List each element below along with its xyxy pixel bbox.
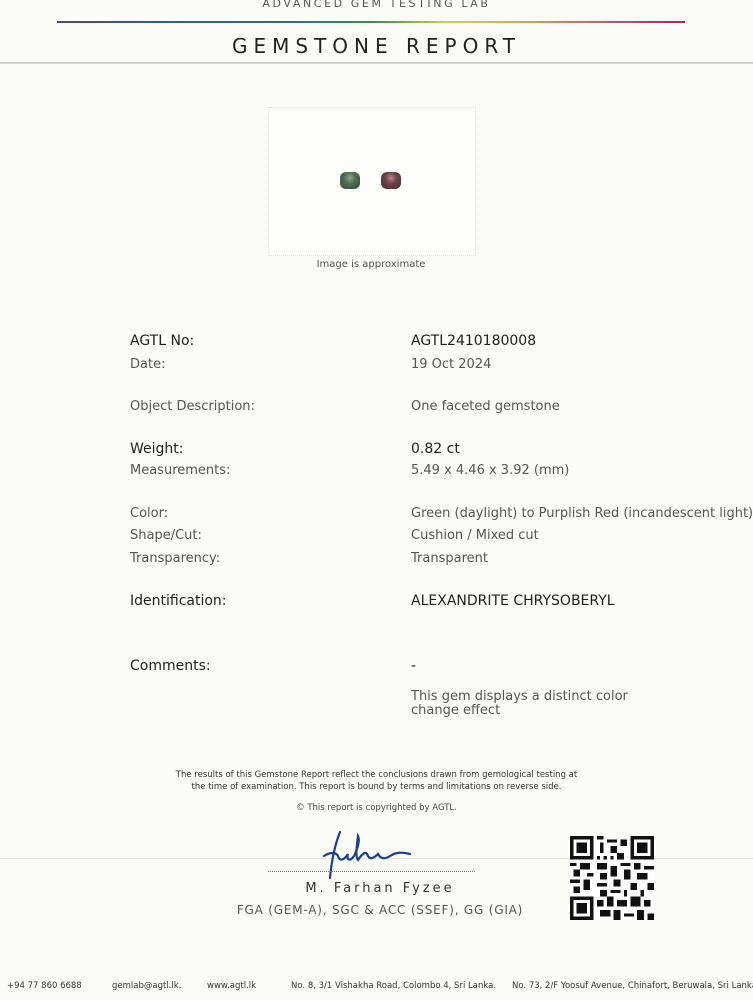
field-value: Green (daylight) to Purplish Red (incand… (411, 506, 753, 521)
field-value: Cushion / Mixed cut (411, 528, 539, 543)
footer-address-beruwala: No. 73, 2/F Yoosuf Avenue, Chinafort, Be… (512, 981, 753, 991)
field-value: One faceted gemstone (411, 399, 560, 414)
title-divider (0, 62, 753, 64)
field-label: Object Description: (130, 399, 255, 414)
field-value: 5.49 x 4.46 x 3.92 (mm) (411, 463, 569, 478)
lab-name: ADVANCED GEM TESTING LAB (0, 0, 753, 10)
footer-phone[interactable]: +94 77 860 6688 (7, 981, 82, 991)
field-label: Transparency: (130, 551, 220, 566)
rainbow-divider (57, 21, 685, 23)
field-label: Shape/Cut: (130, 528, 202, 543)
gem-daylight-image (340, 172, 360, 189)
qr-code-icon[interactable] (570, 836, 654, 920)
signatory-name: M. Farhan Fyzee (250, 881, 510, 896)
signature-line (268, 871, 475, 872)
footer-email[interactable]: gemlab@agtl.lk. (112, 981, 181, 991)
field-label: Identification: (130, 593, 227, 609)
field-value: Transparent (411, 551, 488, 566)
report-title: GEMSTONE REPORT (0, 34, 753, 58)
field-label: Comments: (130, 658, 211, 674)
footer-address-colombo: No. 8, 3/1 Vishakha Road, Colombo 4, Sri… (291, 981, 496, 991)
photo-caption: Image is approximate (268, 259, 474, 270)
field-value: 19 Oct 2024 (411, 357, 491, 372)
disclaimer: The results of this Gemstone Report refl… (0, 769, 753, 793)
gem-incandescent-image (381, 172, 401, 189)
field-value: - (411, 658, 416, 674)
footer: +94 77 860 6688 gemlab@agtl.lk. www.agtl… (0, 981, 753, 995)
field-value: 0.82 ct (411, 441, 460, 457)
field-label: Weight: (130, 441, 184, 457)
field-label: Measurements: (130, 463, 230, 478)
signature-icon (318, 830, 418, 880)
field-value: ALEXANDRITE CHRYSOBERYL (411, 593, 615, 609)
disclaimer-line-2: the time of examination. This report is … (0, 781, 753, 793)
field-value: AGTL2410180008 (411, 333, 536, 349)
gem-photo (268, 107, 476, 256)
footer-website[interactable]: www.agtl.lk (207, 981, 256, 991)
comment-note: This gem displays a distinct color chang… (411, 690, 671, 718)
field-label: AGTL No: (130, 333, 194, 349)
copyright-notice: © This report is copyrighted by AGTL. (0, 803, 753, 813)
disclaimer-line-1: The results of this Gemstone Report refl… (0, 769, 753, 781)
signatory-qualifications: FGA (GEM-A), SGC & ACC (SSEF), GG (GIA) (230, 903, 530, 917)
field-label: Date: (130, 357, 165, 372)
field-label: Color: (130, 506, 168, 521)
